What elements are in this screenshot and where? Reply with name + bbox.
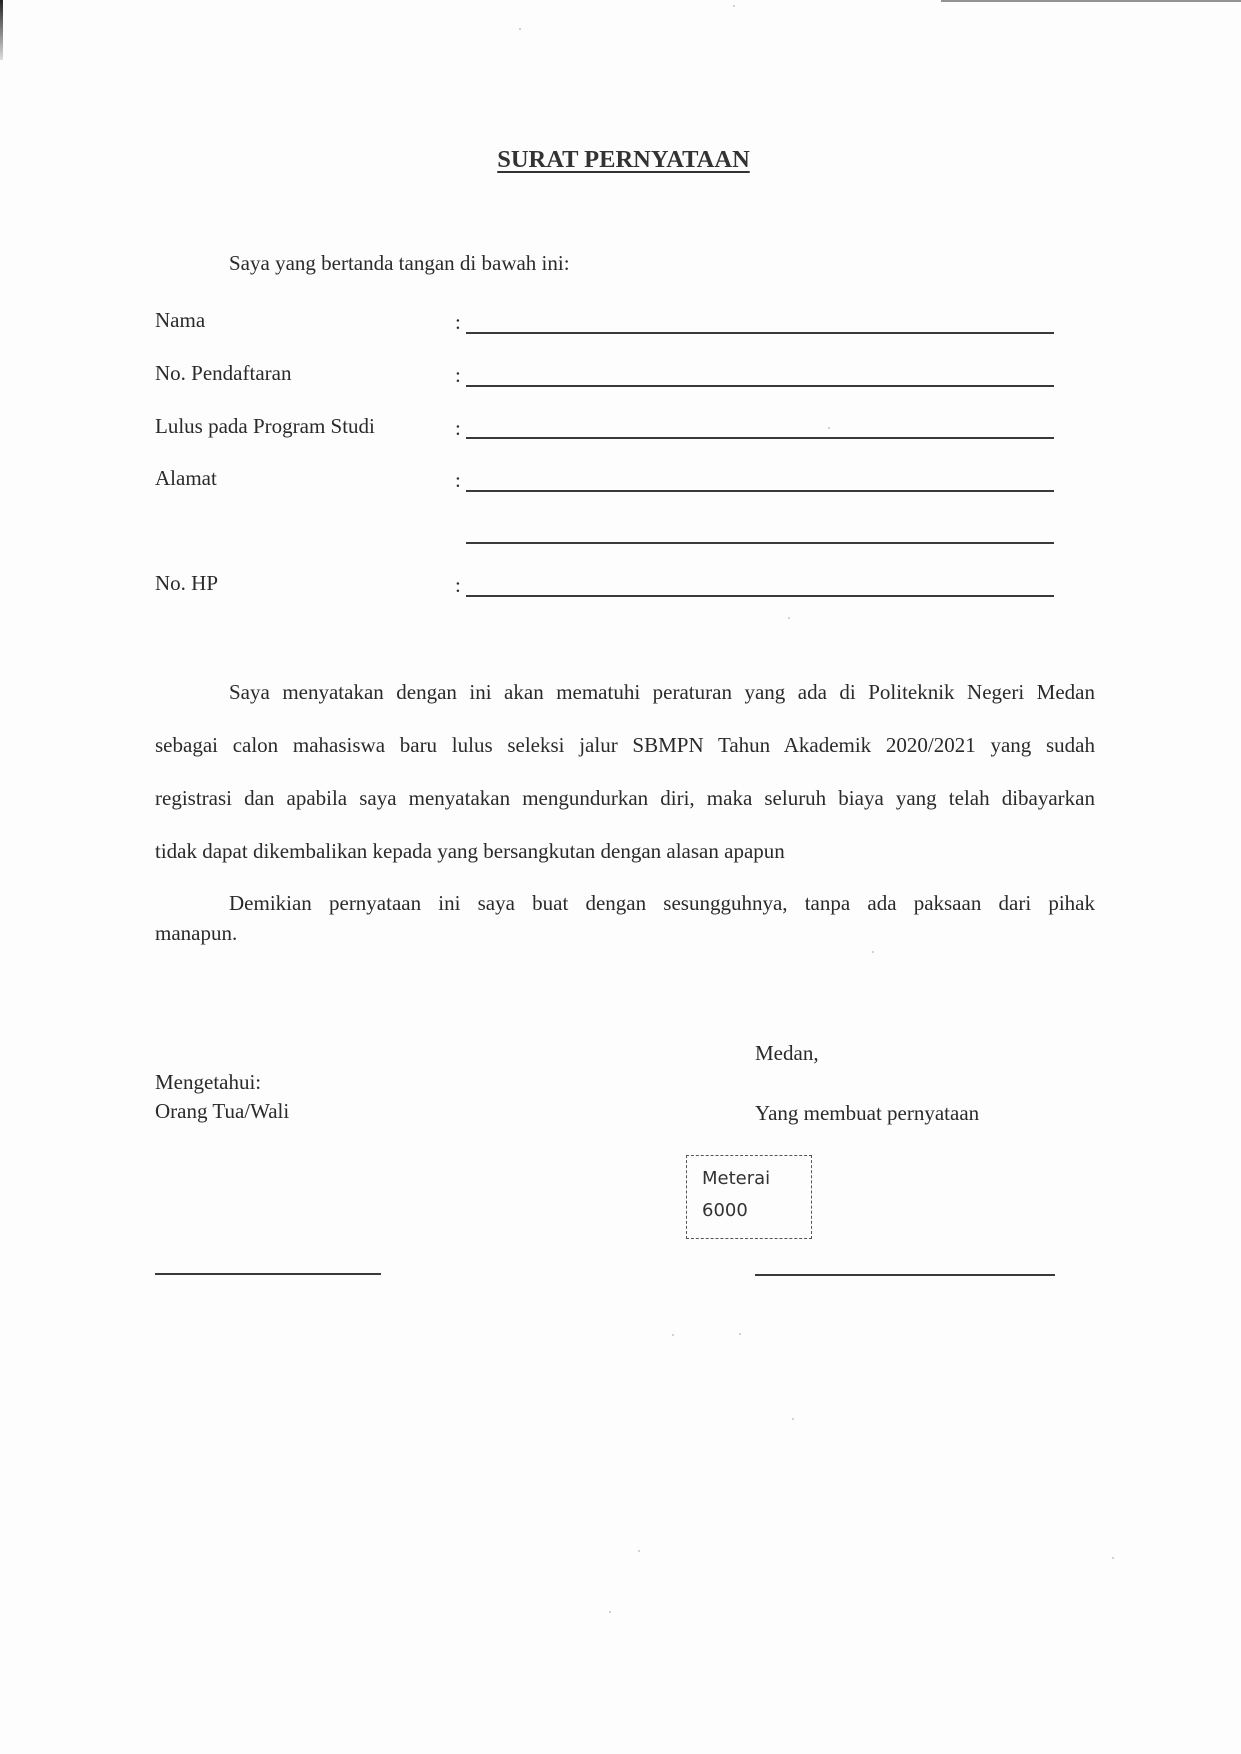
field-line-program-studi[interactable] [466,437,1054,439]
scan-speck [792,1418,794,1420]
signature-place: Medan, [755,1043,819,1064]
field-colon: : [455,365,461,386]
scan-speck [638,1550,640,1552]
stamp-label: Meterai [702,1168,770,1189]
field-line-alamat[interactable] [466,490,1054,492]
field-label-no-hp: No. HP [155,573,218,594]
paragraph-line: registrasi dan apabila saya menyatakan m… [155,786,1095,839]
document-title: SURAT PERNYATAAN [0,146,1241,174]
paragraph-line: manapun. [155,921,1095,974]
paragraph-line: Saya menyatakan dengan ini akan mematuhi… [155,680,1095,733]
field-label-nama: Nama [155,310,205,331]
paragraph-line: sebagai calon mahasiswa baru lulus selek… [155,733,1095,786]
stamp-placeholder: Meterai 6000 [686,1155,812,1239]
scan-speck [828,427,830,429]
scan-edge-shadow [0,0,3,60]
scan-speck [1112,1557,1114,1559]
field-label-no-pendaftaran: No. Pendaftaran [155,363,291,384]
field-line-nama[interactable] [466,332,1054,334]
scan-speck [733,5,735,7]
acknowledged-heading: Mengetahui: [155,1072,261,1093]
closing-paragraph: Demikian pernyataan ini saya buat dengan… [155,891,1095,974]
field-colon: : [455,312,461,333]
scan-speck [788,617,790,619]
stamp-value: 6000 [702,1200,748,1221]
field-line-no-hp[interactable] [466,595,1054,597]
scan-speck [609,1611,611,1613]
guardian-signature-line[interactable] [155,1273,381,1275]
scan-edge-shadow-top [941,0,1241,2]
scan-speck [519,28,521,30]
field-colon: : [455,575,461,596]
scan-speck [739,1333,741,1335]
guardian-role: Orang Tua/Wali [155,1101,289,1122]
declarant-signature-line[interactable] [755,1274,1055,1276]
intro-text: Saya yang bertanda tangan di bawah ini: [229,253,570,274]
paragraph-line: Demikian pernyataan ini saya buat dengan… [155,891,1095,921]
statement-paragraph: Saya menyatakan dengan ini akan mematuhi… [155,680,1095,892]
declarant-role: Yang membuat pernyataan [755,1103,979,1124]
field-line-no-pendaftaran[interactable] [466,385,1054,387]
field-colon: : [455,418,461,439]
scan-speck [872,951,874,953]
field-line-alamat-2[interactable] [466,542,1054,544]
field-label-program-studi: Lulus pada Program Studi [155,416,375,437]
scan-speck [672,1334,674,1336]
field-label-alamat: Alamat [155,468,217,489]
paragraph-line: tidak dapat dikembalikan kepada yang ber… [155,839,1095,892]
field-colon: : [455,470,461,491]
